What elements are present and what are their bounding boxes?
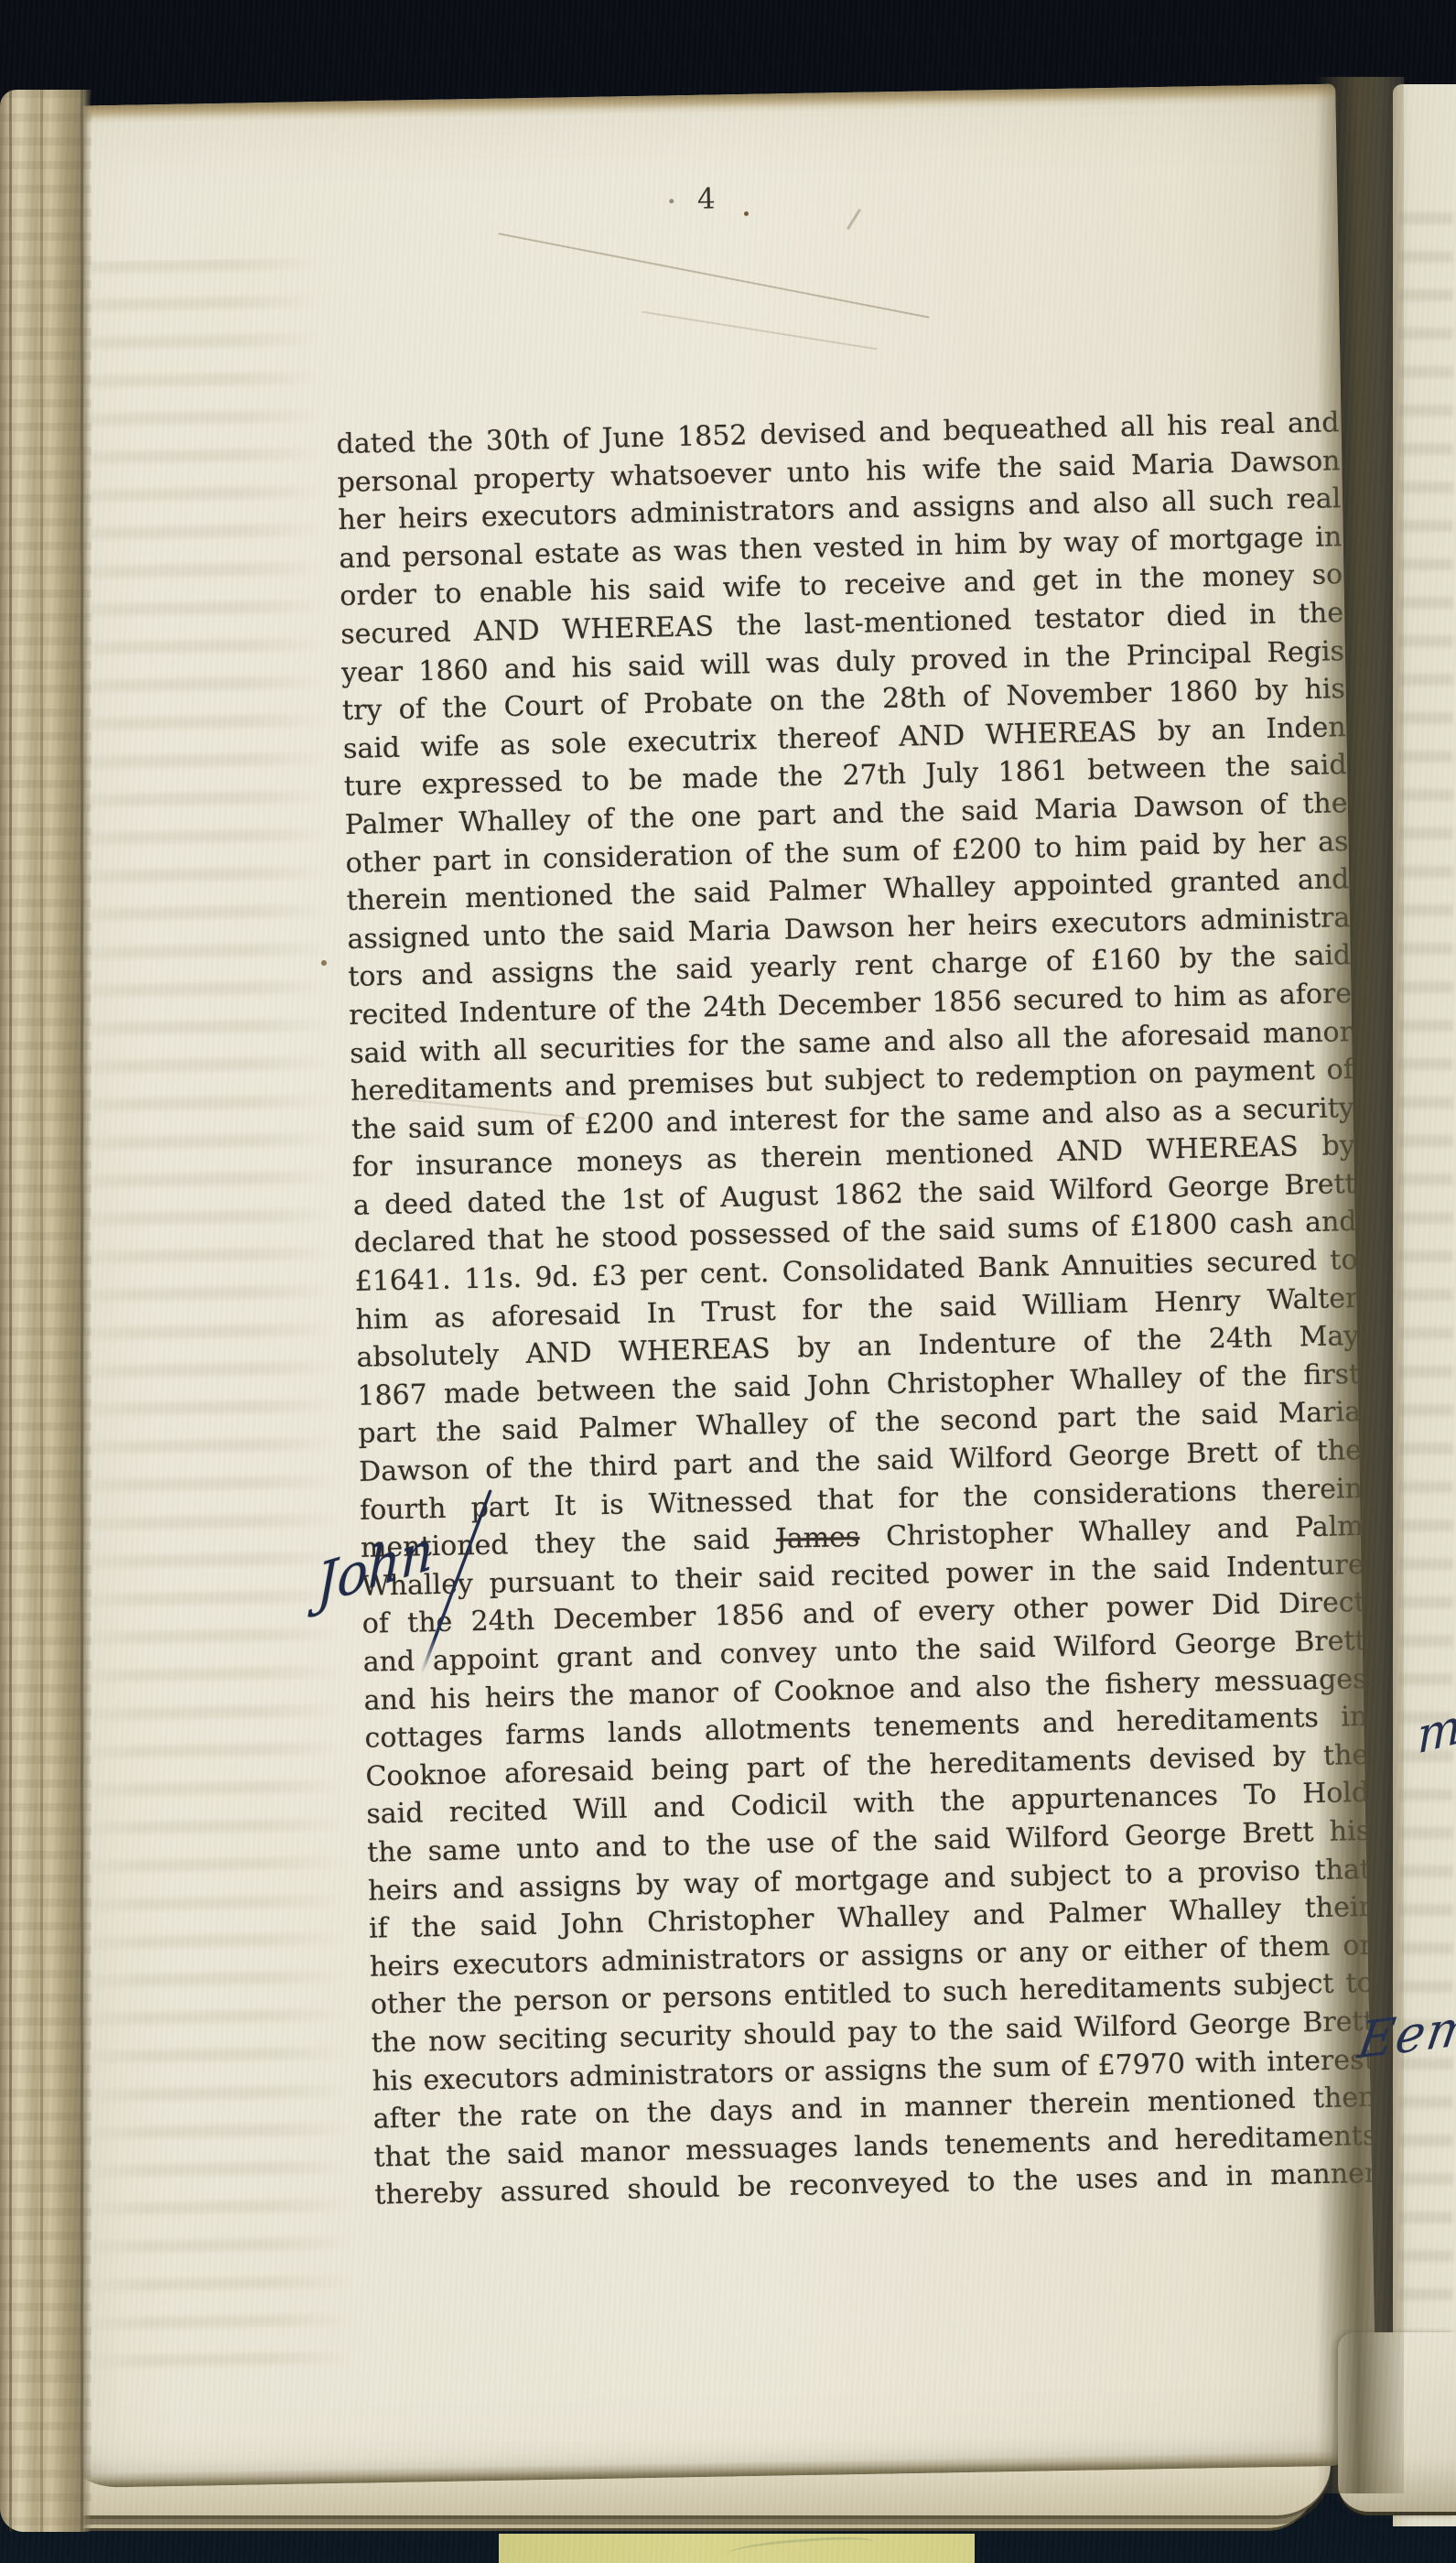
page-edge-crease — [9, 90, 12, 2532]
gutter-shadow — [1316, 77, 1404, 2493]
struck-word: James — [775, 1521, 859, 1555]
page-stack-left-edge — [0, 90, 92, 2532]
body-text: dated the 30th of June 1852 devised and … — [336, 404, 1376, 2214]
page-edge-crease — [81, 90, 83, 2532]
ink-speck — [669, 199, 674, 203]
paper-speck — [437, 1437, 441, 1442]
yellow-slip — [499, 2534, 975, 2563]
handwritten-annotation-m: m — [1418, 1698, 1456, 1766]
paper-speck — [321, 960, 327, 966]
paper-speck — [1033, 587, 1038, 591]
paper-speck — [744, 211, 749, 216]
book-page: 4 dated the 30th of June 1852 devised an… — [14, 84, 1376, 2489]
scanned-book-photo: 4 dated the 30th of June 1852 devised an… — [0, 0, 1456, 2563]
page-number-value: 4 — [697, 182, 717, 215]
page-edge-crease — [40, 90, 43, 2532]
slip-scribble — [727, 2534, 874, 2563]
page-top-deckle-edge — [14, 84, 1335, 125]
